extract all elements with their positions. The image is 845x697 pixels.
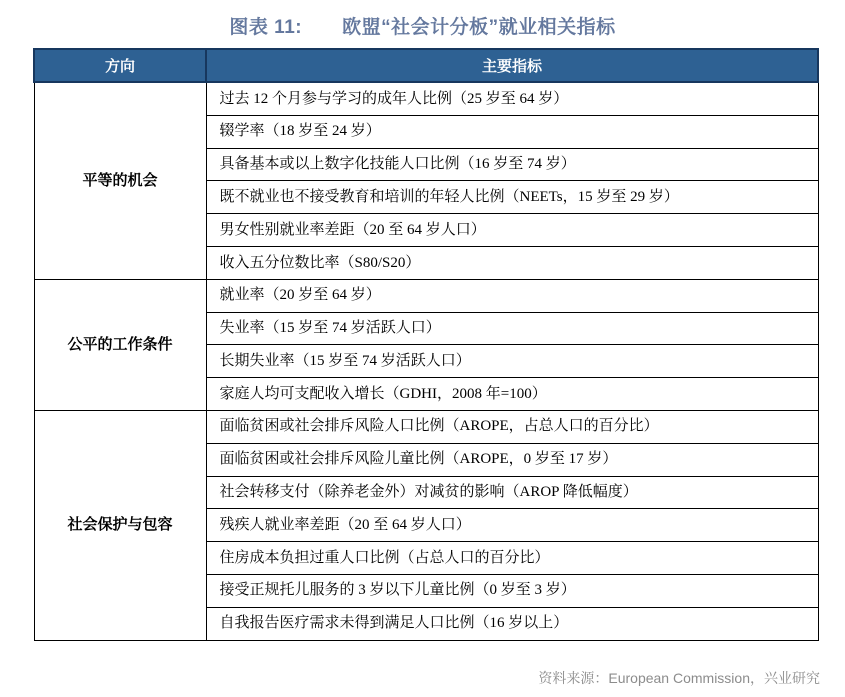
indicator-cell: 男女性别就业率差距（20 至 64 岁人口） (206, 214, 818, 247)
indicator-cell: 失业率（15 岁至 74 岁活跃人口） (206, 312, 818, 345)
table-row: 社会保护与包容 面临贫困或社会排斥风险人口比例（AROPE，占总人口的百分比） (34, 410, 818, 443)
table-header-row: 方向 主要指标 (34, 49, 818, 82)
table-header-indicator: 主要指标 (206, 49, 818, 82)
indicator-cell: 过去 12 个月参与学习的成年人比例（25 岁至 64 岁） (206, 82, 818, 115)
indicator-cell: 社会转移支付（除养老金外）对减贫的影响（AROP 降低幅度） (206, 476, 818, 509)
figure-number-label: 图表 11: (229, 17, 302, 38)
indicator-cell: 就业率（20 岁至 64 岁） (206, 279, 818, 312)
direction-cell-equal-opportunity: 平等的机会 (34, 82, 206, 279)
indicator-table: 方向 主要指标 平等的机会 过去 12 个月参与学习的成年人比例（25 岁至 6… (33, 48, 819, 641)
direction-cell-social-protection: 社会保护与包容 (34, 410, 206, 640)
figure-title: 图表 11:欧盟“社会计分板”就业相关指标 (0, 12, 845, 39)
indicator-cell: 面临贫困或社会排斥风险儿童比例（AROPE，0 岁至 17 岁） (206, 443, 818, 476)
source-note: 资料来源：European Commission，兴业研究 (538, 668, 820, 688)
indicator-cell: 辍学率（18 岁至 24 岁） (206, 115, 818, 148)
table-header-direction: 方向 (34, 49, 206, 82)
indicator-cell: 接受正规托儿服务的 3 岁以下儿童比例（0 岁至 3 岁） (206, 574, 818, 607)
indicator-cell: 长期失业率（15 岁至 74 岁活跃人口） (206, 345, 818, 378)
indicator-cell: 具备基本或以上数字化技能人口比例（16 岁至 74 岁） (206, 148, 818, 181)
indicator-cell: 家庭人均可支配收入增长（GDHI，2008 年=100） (206, 378, 818, 411)
indicator-cell: 收入五分位数比率（S80/S20） (206, 246, 818, 279)
indicator-cell: 面临贫困或社会排斥风险人口比例（AROPE，占总人口的百分比） (206, 410, 818, 443)
direction-cell-fair-working-conditions: 公平的工作条件 (34, 279, 206, 410)
figure-title-text: 欧盟“社会计分板”就业相关指标 (342, 17, 616, 38)
indicator-cell: 残疾人就业率差距（20 至 64 岁人口） (206, 509, 818, 542)
table-row: 平等的机会 过去 12 个月参与学习的成年人比例（25 岁至 64 岁） (34, 82, 818, 115)
indicator-cell: 住房成本负担过重人口比例（占总人口的百分比） (206, 542, 818, 575)
table-row: 公平的工作条件 就业率（20 岁至 64 岁） (34, 279, 818, 312)
indicator-cell: 既不就业也不接受教育和培训的年轻人比例（NEETs，15 岁至 29 岁） (206, 181, 818, 214)
indicator-cell: 自我报告医疗需求未得到满足人口比例（16 岁以上） (206, 607, 818, 640)
